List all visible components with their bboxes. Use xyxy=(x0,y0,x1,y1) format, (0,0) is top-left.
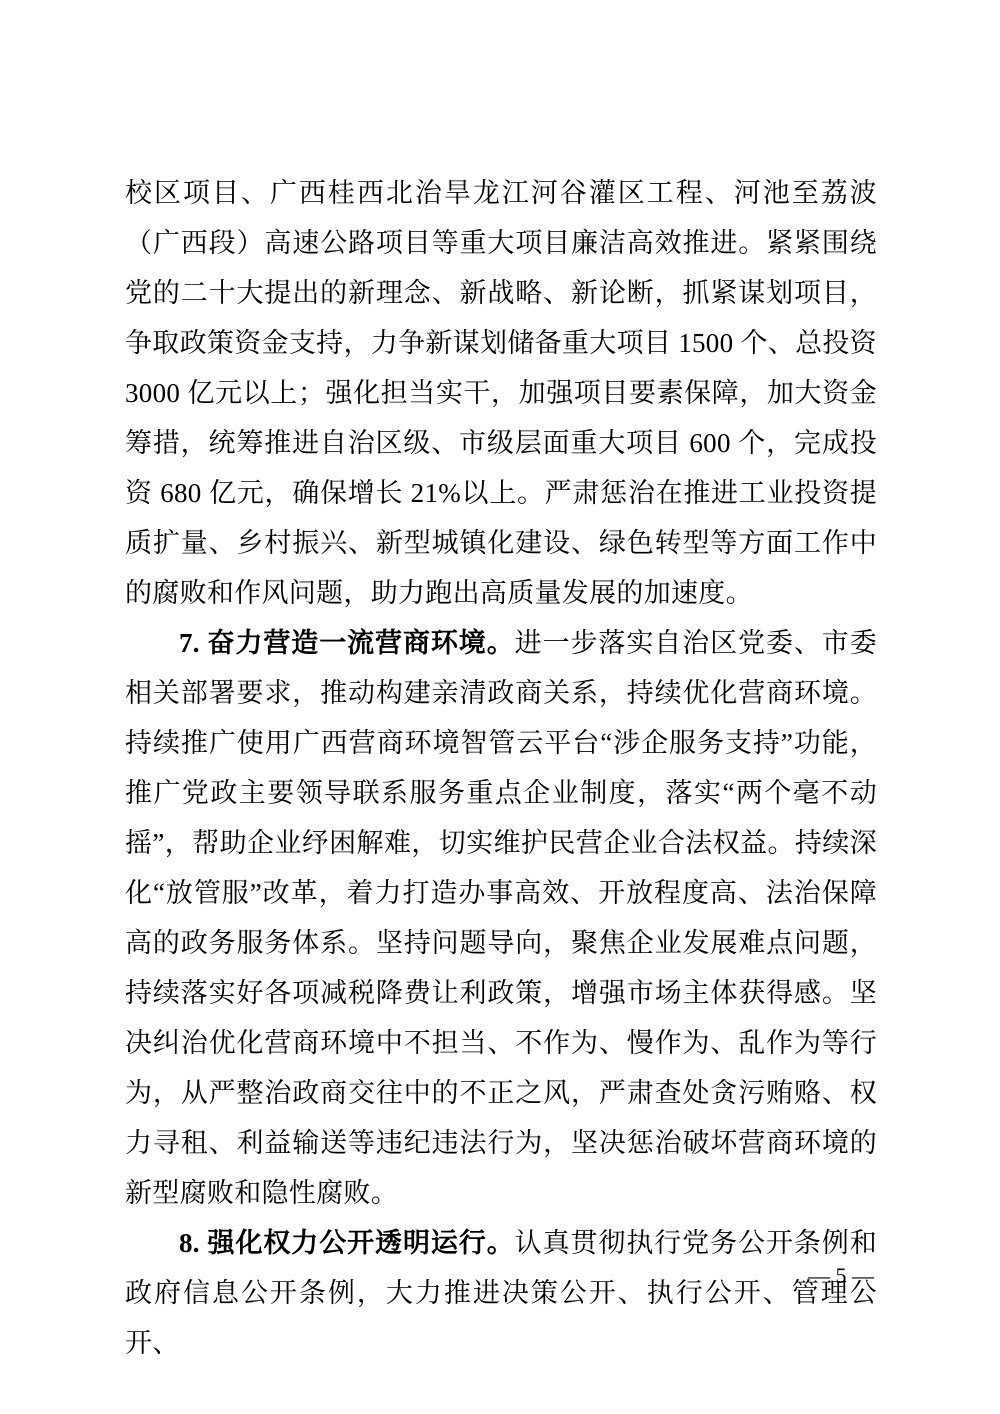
paragraph-text: 进一步落实自治区党委、市委相关部署要求，推动构建亲清政商关系，持续优化营商环境。… xyxy=(125,628,877,1208)
paragraph-text: 校区项目、广西桂西北治旱龙江河谷灌区工程、河池至荔波（广西段）高速公路项目等重大… xyxy=(125,178,877,608)
paragraph-continuation: 校区项目、广西桂西北治旱龙江河谷灌区工程、河池至荔波（广西段）高速公路项目等重大… xyxy=(125,168,877,618)
paragraph-item-7: 7. 奋力营造一流营商环境。进一步落实自治区党委、市委相关部署要求，推动构建亲清… xyxy=(125,618,877,1218)
document-page: 校区项目、广西桂西北治旱龙江河谷灌区工程、河池至荔波（广西段）高速公路项目等重大… xyxy=(0,0,1000,1414)
paragraph-heading: 8. 强化权力公开透明运行。 xyxy=(179,1228,515,1258)
page-number: — 5 — xyxy=(808,1260,874,1292)
paragraph-item-8: 8. 强化权力公开透明运行。认真贯彻执行党务公开条例和政府信息公开条例，大力推进… xyxy=(125,1218,877,1368)
document-body: 校区项目、广西桂西北治旱龙江河谷灌区工程、河池至荔波（广西段）高速公路项目等重大… xyxy=(125,168,877,1368)
paragraph-heading: 7. 奋力营造一流营商环境。 xyxy=(179,628,515,658)
